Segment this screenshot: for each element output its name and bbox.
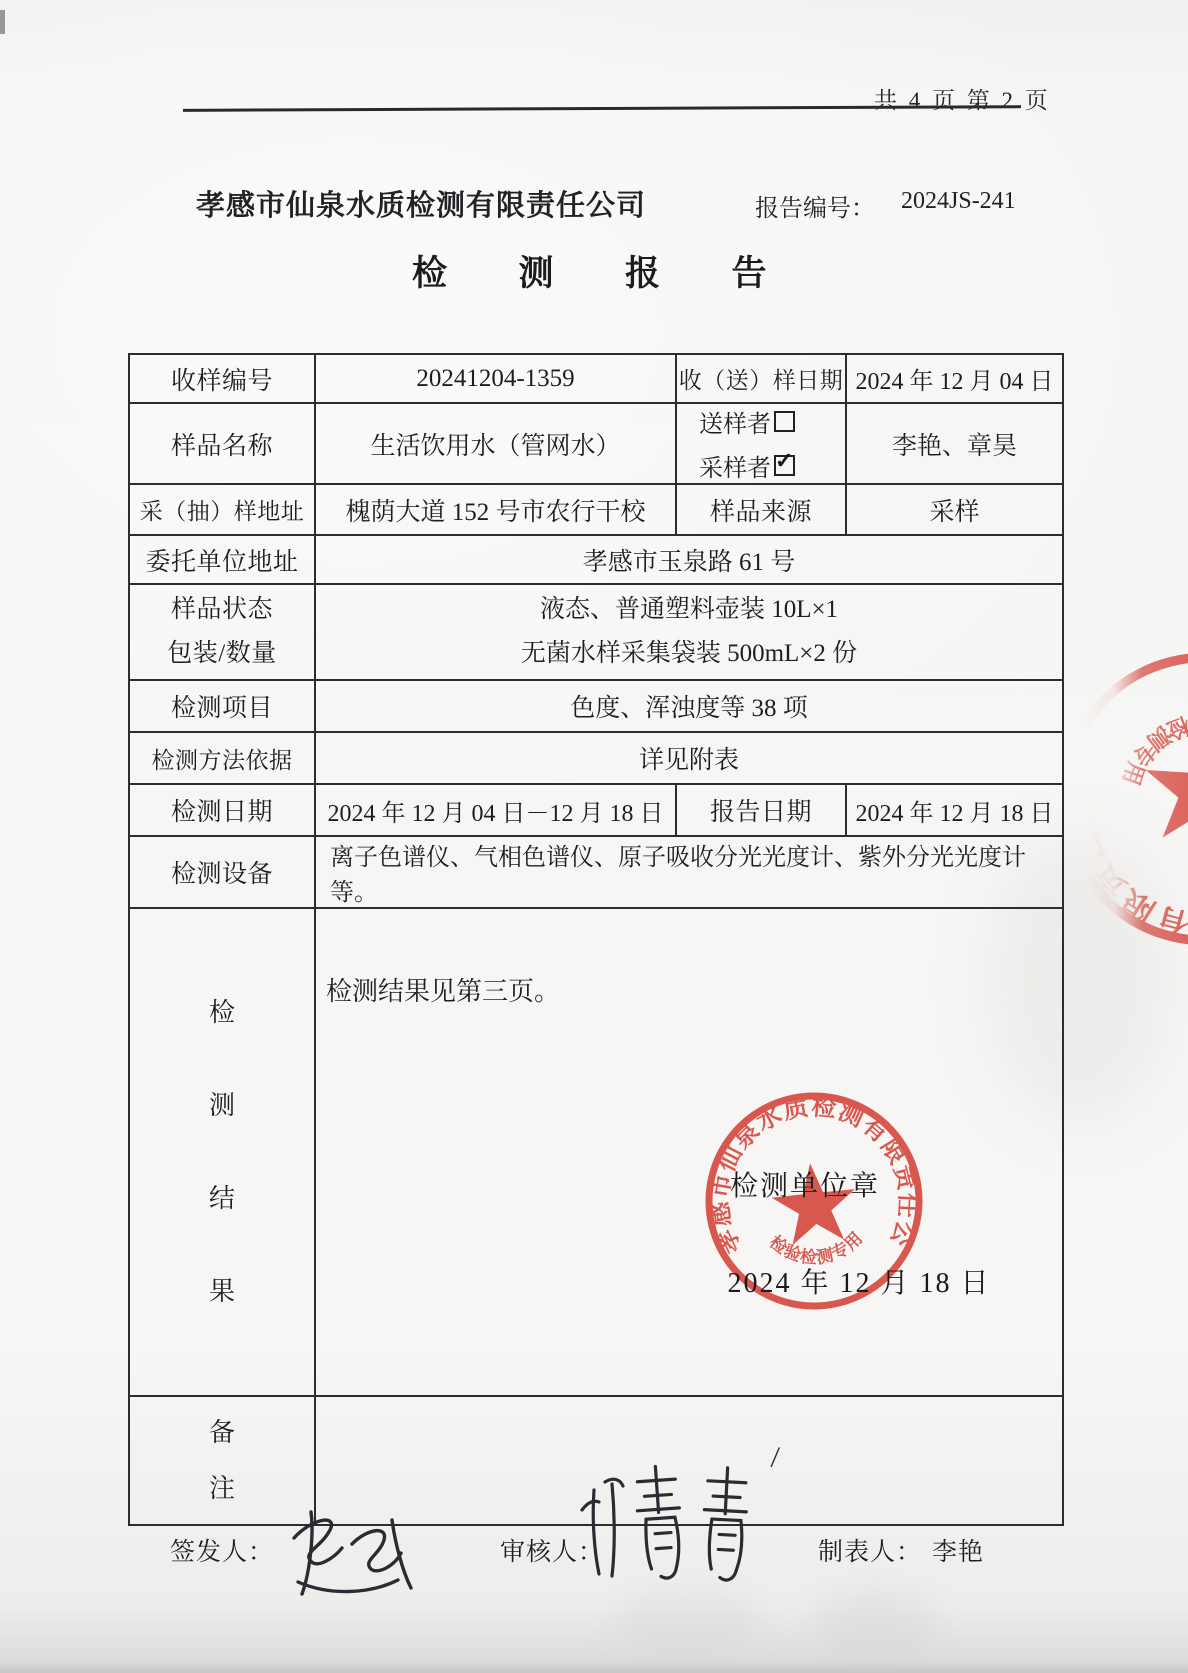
results-label: 检 测 结 果 xyxy=(129,908,315,1396)
sample-name-label: 样品名称 xyxy=(129,403,315,484)
seal-date: 2024 年 12 月 18 日 xyxy=(704,1261,1014,1301)
equipment-value: 离子色谱仪、气相色谱仪、原子吸收分光光度计、紫外分光光度计等。 xyxy=(315,836,1063,908)
table-row: 检测方法依据 详见附表 xyxy=(129,732,1063,784)
sampling-address-value: 槐荫大道 152 号市农行干校 xyxy=(315,484,676,535)
test-date-label: 检测日期 xyxy=(129,784,315,836)
check-icon: ✓ xyxy=(775,448,793,474)
test-method-label: 检测方法依据 xyxy=(129,732,315,784)
seal-ring-text: 孝感市仙泉水质检测有限责任公司 xyxy=(1086,640,1188,972)
seal-caption: 检测单位章 xyxy=(700,1164,910,1204)
report-date-value: 2024 年 12 月 18 日 xyxy=(846,784,1063,836)
table-row: 检测设备 离子色谱仪、气相色谱仪、原子吸收分光光度计、紫外分光光度计等。 xyxy=(129,836,1063,908)
sample-delivery-cell: 送样者 采样者✓ xyxy=(676,403,846,484)
sample-state-label: 样品状态 包装/数量 xyxy=(129,584,315,680)
table-row: 检测日期 2024 年 12 月 04 日－12 月 18 日 报告日期 202… xyxy=(129,784,1063,836)
scan-smudge xyxy=(810,1588,940,1658)
issuer-label: 签发人： xyxy=(170,1532,274,1568)
test-items-label: 检测项目 xyxy=(129,680,315,732)
test-method-value: 详见附表 xyxy=(315,732,1063,784)
results-note: 检测结果见第三页。 xyxy=(326,971,560,1008)
report-info-table: 收样编号 20241204-1359 收（送）样日期 2024 年 12 月 0… xyxy=(128,353,1064,1526)
scan-edge-mark xyxy=(0,10,5,34)
report-number-line: 报告编号： 2024JS-241 xyxy=(755,188,1016,223)
report-number-value: 2024JS-241 xyxy=(901,188,1016,223)
svg-text:孝感市仙泉水质检测有限责任公司: 孝感市仙泉水质检测有限责任公司 xyxy=(1086,640,1188,972)
document-title: 检 测 报 告 xyxy=(412,246,794,296)
table-row: 样品名称 生活饮用水（管网水） 送样者 采样者✓ 李艳、章昊 xyxy=(129,403,1063,484)
sampling-address-label: 采（抽）样地址 xyxy=(129,484,315,535)
company-name: 孝感市仙泉水质检测有限责任公司 xyxy=(196,183,646,224)
table-row: 采（抽）样地址 槐荫大道 152 号市农行干校 样品来源 采样 xyxy=(129,484,1063,535)
table-row: 收样编号 20241204-1359 收（送）样日期 2024 年 12 月 0… xyxy=(129,354,1063,403)
table-row: 检 测 结 果 检测结果见第三页。 孝感市仙泉水质检测有限责任公司 xyxy=(129,908,1063,1396)
samplers-value: 李艳、章昊 xyxy=(846,403,1063,484)
sample-name-value: 生活饮用水（管网水） xyxy=(315,403,676,484)
sample-state-value: 液态、普通塑料壶装 10L×1 无菌水样采集袋装 500mL×2 份 xyxy=(315,584,1063,680)
client-address-label: 委托单位地址 xyxy=(129,535,315,584)
reviewer-signature xyxy=(574,1448,774,1603)
table-row: 检测项目 色度、浑浊度等 38 项 xyxy=(129,680,1063,732)
receive-date-value: 2024 年 12 月 04 日 xyxy=(846,354,1063,403)
receive-date-label: 收（送）样日期 xyxy=(676,354,846,403)
table-row: 样品状态 包装/数量 液态、普通塑料壶装 10L×1 无菌水样采集袋装 500m… xyxy=(129,584,1063,680)
report-number-label: 报告编号： xyxy=(755,188,875,223)
sampler-checkbox-checked: ✓ xyxy=(774,455,795,476)
test-date-value: 2024 年 12 月 04 日－12 月 18 日 xyxy=(315,784,676,836)
equipment-label: 检测设备 xyxy=(129,836,315,908)
sampler-option: 采样者✓ xyxy=(699,448,795,483)
page-indicator: 共 4 页 第 2 页 xyxy=(874,82,1051,115)
table-row: 委托单位地址 孝感市玉泉路 61 号 xyxy=(129,535,1063,584)
preparer-line: 制表人： 李艳 xyxy=(818,1532,984,1568)
results-cell: 检测结果见第三页。 孝感市仙泉水质检测有限责任公司 检验检测专用章 检测单位章 … xyxy=(315,908,1063,1396)
issuer-signature xyxy=(268,1498,433,1608)
preparer-name: 李艳 xyxy=(932,1532,984,1568)
sample-source-label: 样品来源 xyxy=(676,484,846,535)
receipt-no-label: 收样编号 xyxy=(129,354,315,403)
client-address-value: 孝感市玉泉路 61 号 xyxy=(315,535,1063,584)
edge-company-seal: 孝感市仙泉水质检测有限责任公司 检验检测专用章 xyxy=(1086,636,1188,972)
receipt-no-value: 20241204-1359 xyxy=(315,354,676,403)
preparer-label: 制表人： xyxy=(818,1532,922,1568)
test-items-value: 色度、浑浊度等 38 项 xyxy=(315,680,1063,732)
sender-option: 送样者 xyxy=(699,404,795,439)
edge-seal-clip: 孝感市仙泉水质检测有限责任公司 检验检测专用章 xyxy=(1086,636,1188,972)
report-date-label: 报告日期 xyxy=(676,784,846,836)
sample-source-value: 采样 xyxy=(846,484,1063,535)
sender-checkbox-unchecked xyxy=(774,411,795,432)
